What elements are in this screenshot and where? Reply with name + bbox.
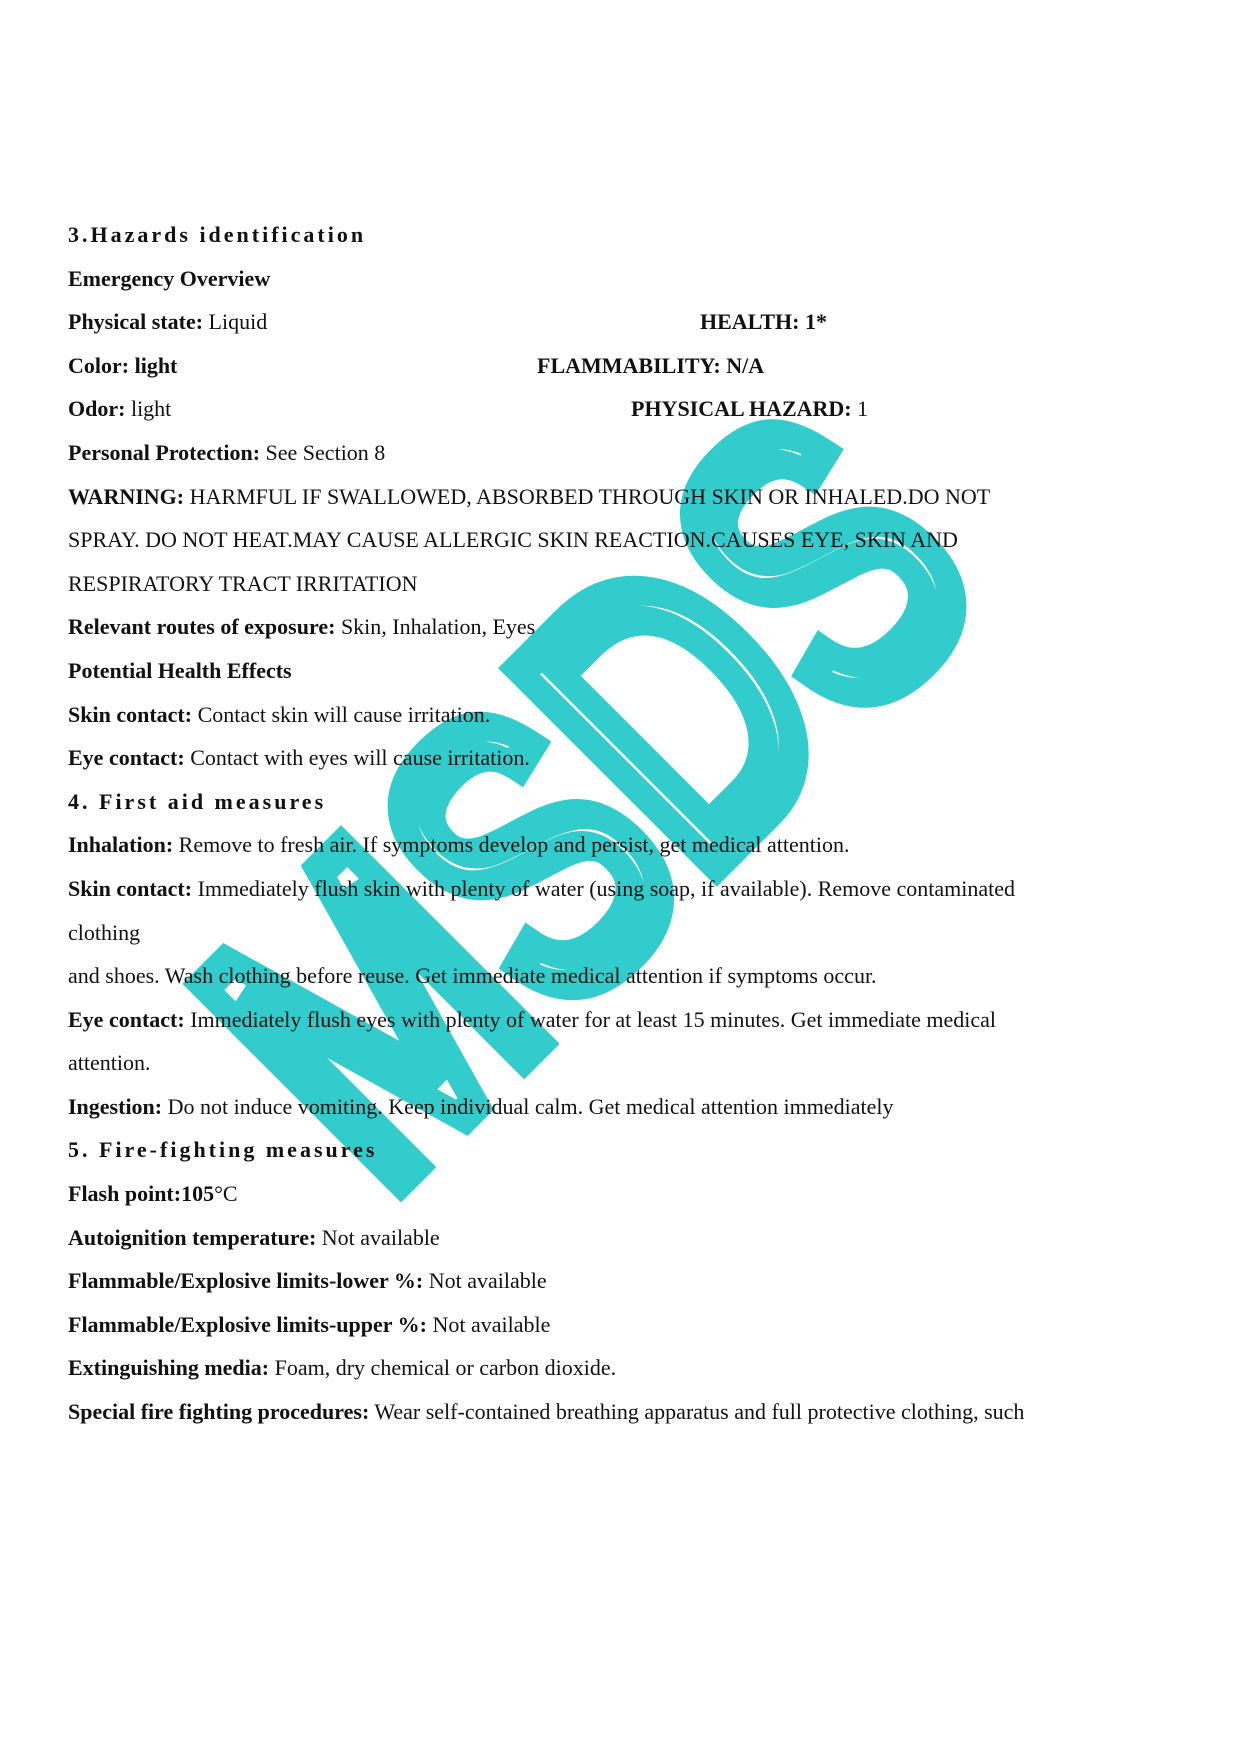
physical-hazard-rating: PHYSICAL HAZARD: 1 bbox=[631, 387, 868, 431]
physical-state-value: Liquid bbox=[203, 309, 267, 334]
lower-limit-value: Not available bbox=[423, 1268, 546, 1293]
odor-row: Odor: light PHYSICAL HAZARD: 1 bbox=[68, 387, 1188, 431]
physical-state-row: Physical state: Liquid HEALTH: 1* bbox=[68, 300, 1188, 344]
document-page: MSDS 3.Hazards identification Emergency … bbox=[0, 0, 1241, 1755]
physical-hazard-label: PHYSICAL HAZARD: bbox=[631, 396, 852, 421]
routes-value: Skin, Inhalation, Eyes bbox=[335, 614, 535, 639]
inhalation-value: Remove to fresh air. If symptoms develop… bbox=[173, 832, 849, 857]
upper-limit-label: Flammable/Explosive limits-upper %: bbox=[68, 1312, 427, 1337]
firstaid-eye-contact-row: Eye contact: Immediately flush eyes with… bbox=[68, 998, 1188, 1042]
special-procedures-label: Special fire fighting procedures: bbox=[68, 1399, 369, 1424]
warning-text-line-1: HARMFUL IF SWALLOWED, ABSORBED THROUGH S… bbox=[184, 484, 990, 509]
flash-point-unit: °C bbox=[214, 1181, 237, 1206]
special-procedures-value: Wear self-contained breathing apparatus … bbox=[369, 1399, 1024, 1424]
section-4-heading: 4. First aid measures bbox=[68, 780, 1188, 824]
health-skin-contact-label: Skin contact: bbox=[68, 702, 192, 727]
warning-row: WARNING: HARMFUL IF SWALLOWED, ABSORBED … bbox=[68, 475, 1188, 519]
section-5-heading: 5. Fire-fighting measures bbox=[68, 1128, 1188, 1172]
odor-value: light bbox=[125, 396, 171, 421]
autoignition-row: Autoignition temperature: Not available bbox=[68, 1216, 1188, 1260]
extinguishing-media-label: Extinguishing media: bbox=[68, 1355, 269, 1380]
firstaid-eye-contact-label: Eye contact: bbox=[68, 1007, 185, 1032]
health-eye-contact-row: Eye contact: Contact with eyes will caus… bbox=[68, 736, 1188, 780]
firstaid-eye-contact-line-2: attention. bbox=[68, 1041, 1188, 1085]
ingestion-value: Do not induce vomiting. Keep individual … bbox=[162, 1094, 893, 1119]
emergency-overview-heading: Emergency Overview bbox=[68, 257, 1188, 301]
ingestion-row: Ingestion: Do not induce vomiting. Keep … bbox=[68, 1085, 1188, 1129]
physical-state-label: Physical state: bbox=[68, 309, 203, 334]
health-rating: HEALTH: 1* bbox=[700, 300, 827, 344]
health-eye-contact-value: Contact with eyes will cause irritation. bbox=[185, 745, 530, 770]
personal-protection-value: See Section 8 bbox=[260, 440, 385, 465]
flash-point-row: Flash point:105°C bbox=[68, 1172, 1188, 1216]
inhalation-label: Inhalation: bbox=[68, 832, 173, 857]
firstaid-skin-contact-line-3: and shoes. Wash clothing before reuse. G… bbox=[68, 954, 1188, 998]
personal-protection-row: Personal Protection: See Section 8 bbox=[68, 431, 1188, 475]
firstaid-skin-contact-row: Skin contact: Immediately flush skin wit… bbox=[68, 867, 1188, 911]
autoignition-label: Autoignition temperature: bbox=[68, 1225, 316, 1250]
firstaid-skin-contact-line-2: clothing bbox=[68, 911, 1188, 955]
routes-label: Relevant routes of exposure: bbox=[68, 614, 335, 639]
color-label: Color: light bbox=[68, 353, 177, 378]
personal-protection-label: Personal Protection: bbox=[68, 440, 260, 465]
special-procedures-row: Special fire fighting procedures: Wear s… bbox=[68, 1390, 1188, 1434]
section-3-heading: 3.Hazards identification bbox=[68, 213, 1188, 257]
document-content: 3.Hazards identification Emergency Overv… bbox=[68, 213, 1188, 1434]
physical-hazard-value: 1 bbox=[852, 396, 869, 421]
ingestion-label: Ingestion: bbox=[68, 1094, 162, 1119]
health-skin-contact-row: Skin contact: Contact skin will cause ir… bbox=[68, 693, 1188, 737]
warning-text-line-3: RESPIRATORY TRACT IRRITATION bbox=[68, 562, 1188, 606]
firstaid-skin-contact-label: Skin contact: bbox=[68, 876, 192, 901]
autoignition-value: Not available bbox=[316, 1225, 439, 1250]
flammability-rating: FLAMMABILITY: N/A bbox=[537, 344, 764, 388]
upper-limit-row: Flammable/Explosive limits-upper %: Not … bbox=[68, 1303, 1188, 1347]
firstaid-skin-contact-line-1: Immediately flush skin with plenty of wa… bbox=[192, 876, 1015, 901]
lower-limit-row: Flammable/Explosive limits-lower %: Not … bbox=[68, 1259, 1188, 1303]
color-row: Color: light FLAMMABILITY: N/A bbox=[68, 344, 1188, 388]
odor-label: Odor: bbox=[68, 396, 125, 421]
routes-of-exposure-row: Relevant routes of exposure: Skin, Inhal… bbox=[68, 605, 1188, 649]
upper-limit-value: Not available bbox=[427, 1312, 550, 1337]
firstaid-eye-contact-line-1: Immediately flush eyes with plenty of wa… bbox=[185, 1007, 996, 1032]
warning-text-line-2: SPRAY. DO NOT HEAT.MAY CAUSE ALLERGIC SK… bbox=[68, 518, 1188, 562]
flash-point-label: Flash point:105 bbox=[68, 1181, 214, 1206]
health-skin-contact-value: Contact skin will cause irritation. bbox=[192, 702, 490, 727]
health-eye-contact-label: Eye contact: bbox=[68, 745, 185, 770]
extinguishing-media-row: Extinguishing media: Foam, dry chemical … bbox=[68, 1346, 1188, 1390]
inhalation-row: Inhalation: Remove to fresh air. If symp… bbox=[68, 823, 1188, 867]
warning-label: WARNING: bbox=[68, 484, 184, 509]
extinguishing-media-value: Foam, dry chemical or carbon dioxide. bbox=[269, 1355, 616, 1380]
lower-limit-label: Flammable/Explosive limits-lower %: bbox=[68, 1268, 423, 1293]
potential-health-effects-heading: Potential Health Effects bbox=[68, 649, 1188, 693]
